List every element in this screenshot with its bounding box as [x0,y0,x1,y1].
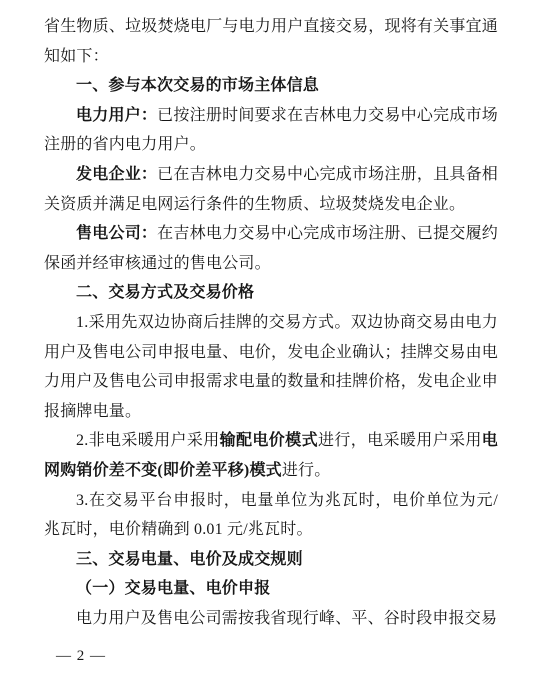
text-run: 电力用户及售电公司需按我省现行峰、平、谷时段申报交易 [76,610,497,627]
heading-h1: 一、参与本次交易的市场主体信息 [44,71,498,101]
bold-text-run: 发电企业： [76,166,157,183]
bold-text-run: 电力用户： [76,107,157,124]
paragraph: 1.采用先双边协商后挂牌的交易方式。双边协商交易由电力用户及售电公司申报电量、电… [44,308,498,426]
paragraph: 2.非电采暖用户采用输配电价模式进行，电采暖用户采用电网购销价差不变(即价差平移… [44,426,498,485]
bold-text-run: （一）交易电量、电价申报 [76,580,270,597]
bold-text-run: 二、交易方式及交易价格 [76,284,254,301]
bold-text-run: 三、交易电量、电价及成交规则 [76,551,303,568]
bold-text-run: 一、参与本次交易的市场主体信息 [76,77,319,94]
text-run: 进行，电采暖用户采用 [318,432,482,449]
bold-text-run: 售电公司： [76,225,157,242]
bold-text-run: 输配电价模式 [220,432,318,449]
heading-h1: 二、交易方式及交易价格 [44,278,498,308]
text-run: 2.非电采暖用户采用 [76,432,220,449]
paragraph: 发电企业：已在吉林电力交易中心完成市场注册，且具备相关资质并满足电网运行条件的生… [44,160,498,219]
paragraph: 电力用户及售电公司需按我省现行峰、平、谷时段申报交易 [44,604,498,634]
page-number: — 2 — [56,648,106,665]
heading-h2: （一）交易电量、电价申报 [44,574,498,604]
text-run: 省生物质、垃圾焚烧电厂与电力用户直接交易，现将有关事宜通知如下： [44,18,498,65]
text-run: 进行。 [282,462,331,479]
heading-h1: 三、交易电量、电价及成交规则 [44,545,498,575]
text-run: 3.在交易平台申报时，电量单位为兆瓦时，电价单位为元/兆瓦时，电价精确到 0.0… [44,492,498,539]
paragraph: 售电公司：在吉林电力交易中心完成市场注册、已提交履约保函并经审核通过的售电公司。 [44,219,498,278]
document-page: 省生物质、垃圾焚烧电厂与电力用户直接交易，现将有关事宜通知如下：一、参与本次交易… [0,0,542,686]
paragraph: 电力用户：已按注册时间要求在吉林电力交易中心完成市场注册的省内电力用户。 [44,101,498,160]
paragraph: 3.在交易平台申报时，电量单位为兆瓦时，电价单位为元/兆瓦时，电价精确到 0.0… [44,486,498,545]
document-content: 省生物质、垃圾焚烧电厂与电力用户直接交易，现将有关事宜通知如下：一、参与本次交易… [44,12,498,633]
text-run: 1.采用先双边协商后挂牌的交易方式。双边协商交易由电力用户及售电公司申报电量、电… [44,314,498,420]
paragraph: 省生物质、垃圾焚烧电厂与电力用户直接交易，现将有关事宜通知如下： [44,12,498,71]
